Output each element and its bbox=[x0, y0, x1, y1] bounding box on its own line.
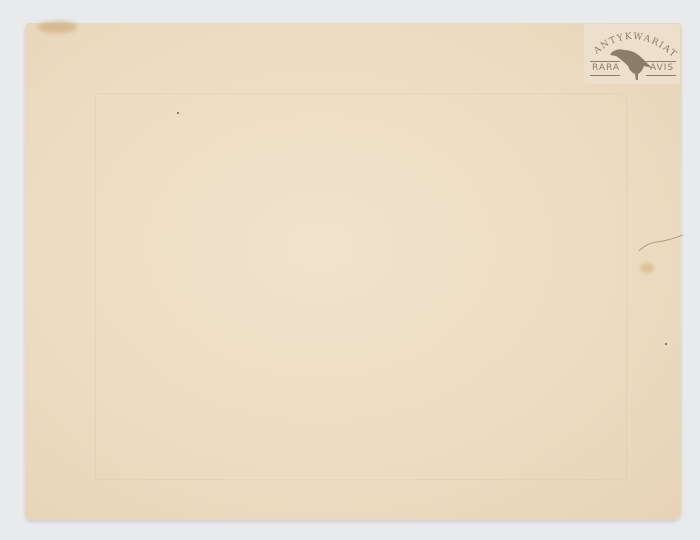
corner-stain bbox=[37, 21, 77, 33]
aged-paper-sheet bbox=[25, 23, 681, 520]
paper-crease bbox=[637, 233, 683, 253]
speck bbox=[665, 343, 667, 345]
raven-icon bbox=[608, 44, 656, 80]
faint-plate-mark bbox=[95, 93, 627, 480]
foxing-spot bbox=[640, 263, 654, 273]
speck bbox=[177, 112, 179, 114]
antykwariat-rara-avis-logo: ANTYKWARIAT RARA AVIS bbox=[584, 24, 680, 84]
